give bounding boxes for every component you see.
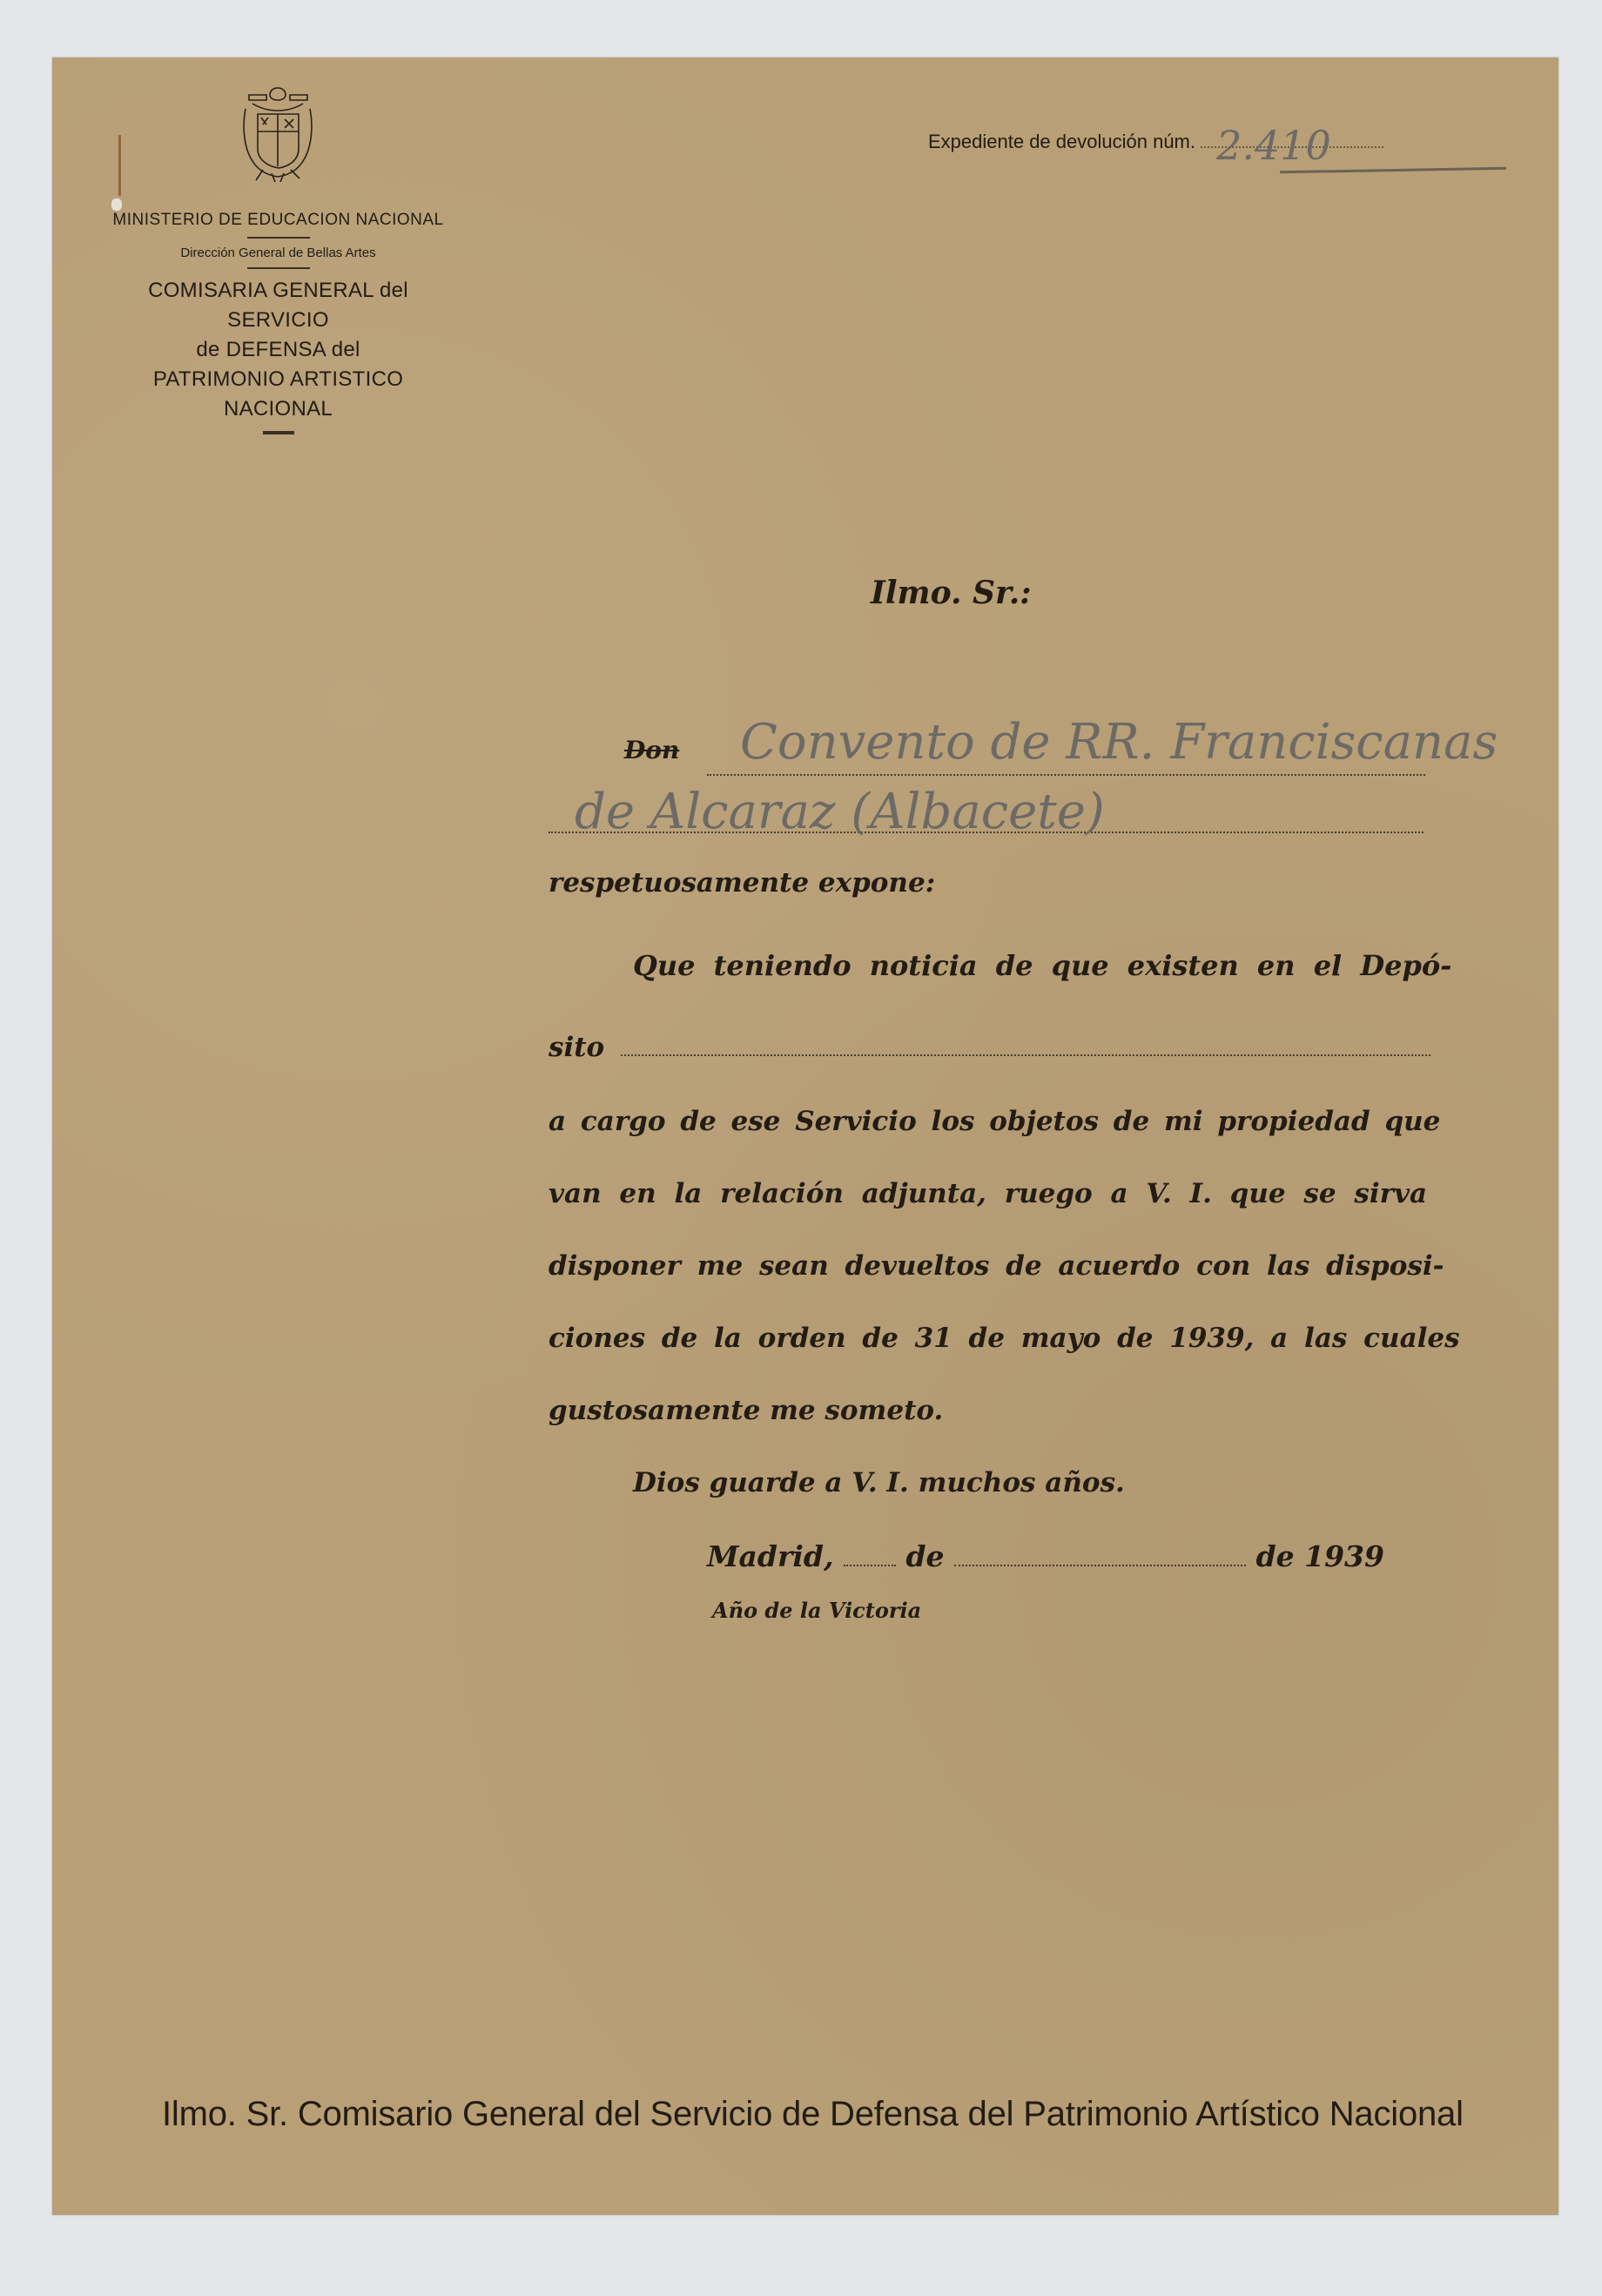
comisaria-line-1: COMISARIA GENERAL del SERVICIO — [106, 276, 450, 335]
salutation: Ilmo. Sr.: — [871, 575, 1032, 611]
date-motto: Año de la Victoria — [712, 1598, 921, 1623]
divider — [263, 431, 294, 434]
letterhead: MINISTERIO DE EDUCACION NACIONAL Direcci… — [106, 83, 450, 441]
body-line-3: a cargo de ese Servicio los objetos de m… — [549, 1106, 1440, 1137]
expediente-number: 2.410 — [1216, 122, 1331, 169]
expediente-field: Expediente de devolución núm. 2.410 — [928, 131, 1383, 153]
date-line: Madrid, de de 1939 — [707, 1539, 1384, 1573]
date-year: de 1939 — [1256, 1539, 1384, 1573]
expediente-number-field[interactable]: 2.410 — [1201, 146, 1383, 148]
comisaria-line-3: PATRIMONIO ARTISTICO NACIONAL — [106, 365, 450, 424]
closing-line: Dios guarde a V. I. muchos años. — [633, 1467, 1125, 1498]
date-city: Madrid, — [707, 1539, 833, 1573]
divider — [247, 237, 310, 239]
ministry-name: MINISTERIO DE EDUCACION NACIONAL — [106, 211, 450, 230]
deposito-label: sito — [549, 1032, 604, 1063]
spanish-coat-of-arms-eagle-icon — [237, 83, 320, 187]
body-line-1: Que teniendo noticia de que existen en e… — [633, 949, 1451, 982]
body-line-expone: respetuosamente expone: — [549, 867, 935, 899]
footer-addressee: Ilmo. Sr. Comisario General del Servicio… — [162, 2095, 1464, 2134]
applicant-handwritten-line-2: de Alcaraz (Albacete) — [575, 784, 1105, 840]
date-month-field[interactable] — [954, 1565, 1246, 1566]
body-line-6: ciones de la orden de 31 de mayo de 1939… — [549, 1323, 1460, 1354]
deposito-field[interactable] — [621, 1054, 1430, 1056]
applicant-handwritten-line-1: Convento de RR. Franciscanas — [740, 714, 1498, 771]
body-line-7: gustosamente me someto. — [549, 1395, 943, 1426]
date-de: de — [905, 1539, 944, 1573]
body-line-4: van en la relación adjunta, ruego a V. I… — [549, 1178, 1427, 1209]
body-line-5: disponer me sean devueltos de acuerdo co… — [549, 1250, 1444, 1282]
direccion-general: Dirección General de Bellas Artes — [106, 246, 450, 260]
date-day-field[interactable] — [844, 1565, 896, 1566]
don-struck-prefix: Don — [624, 736, 679, 764]
divider — [247, 267, 310, 269]
expediente-label: Expediente de devolución núm. — [928, 131, 1195, 152]
body-line-2: sito — [549, 1032, 1430, 1063]
comisaria-line-2: de DEFENSA del — [106, 335, 450, 365]
applicant-name-field-line-1[interactable] — [707, 774, 1425, 776]
